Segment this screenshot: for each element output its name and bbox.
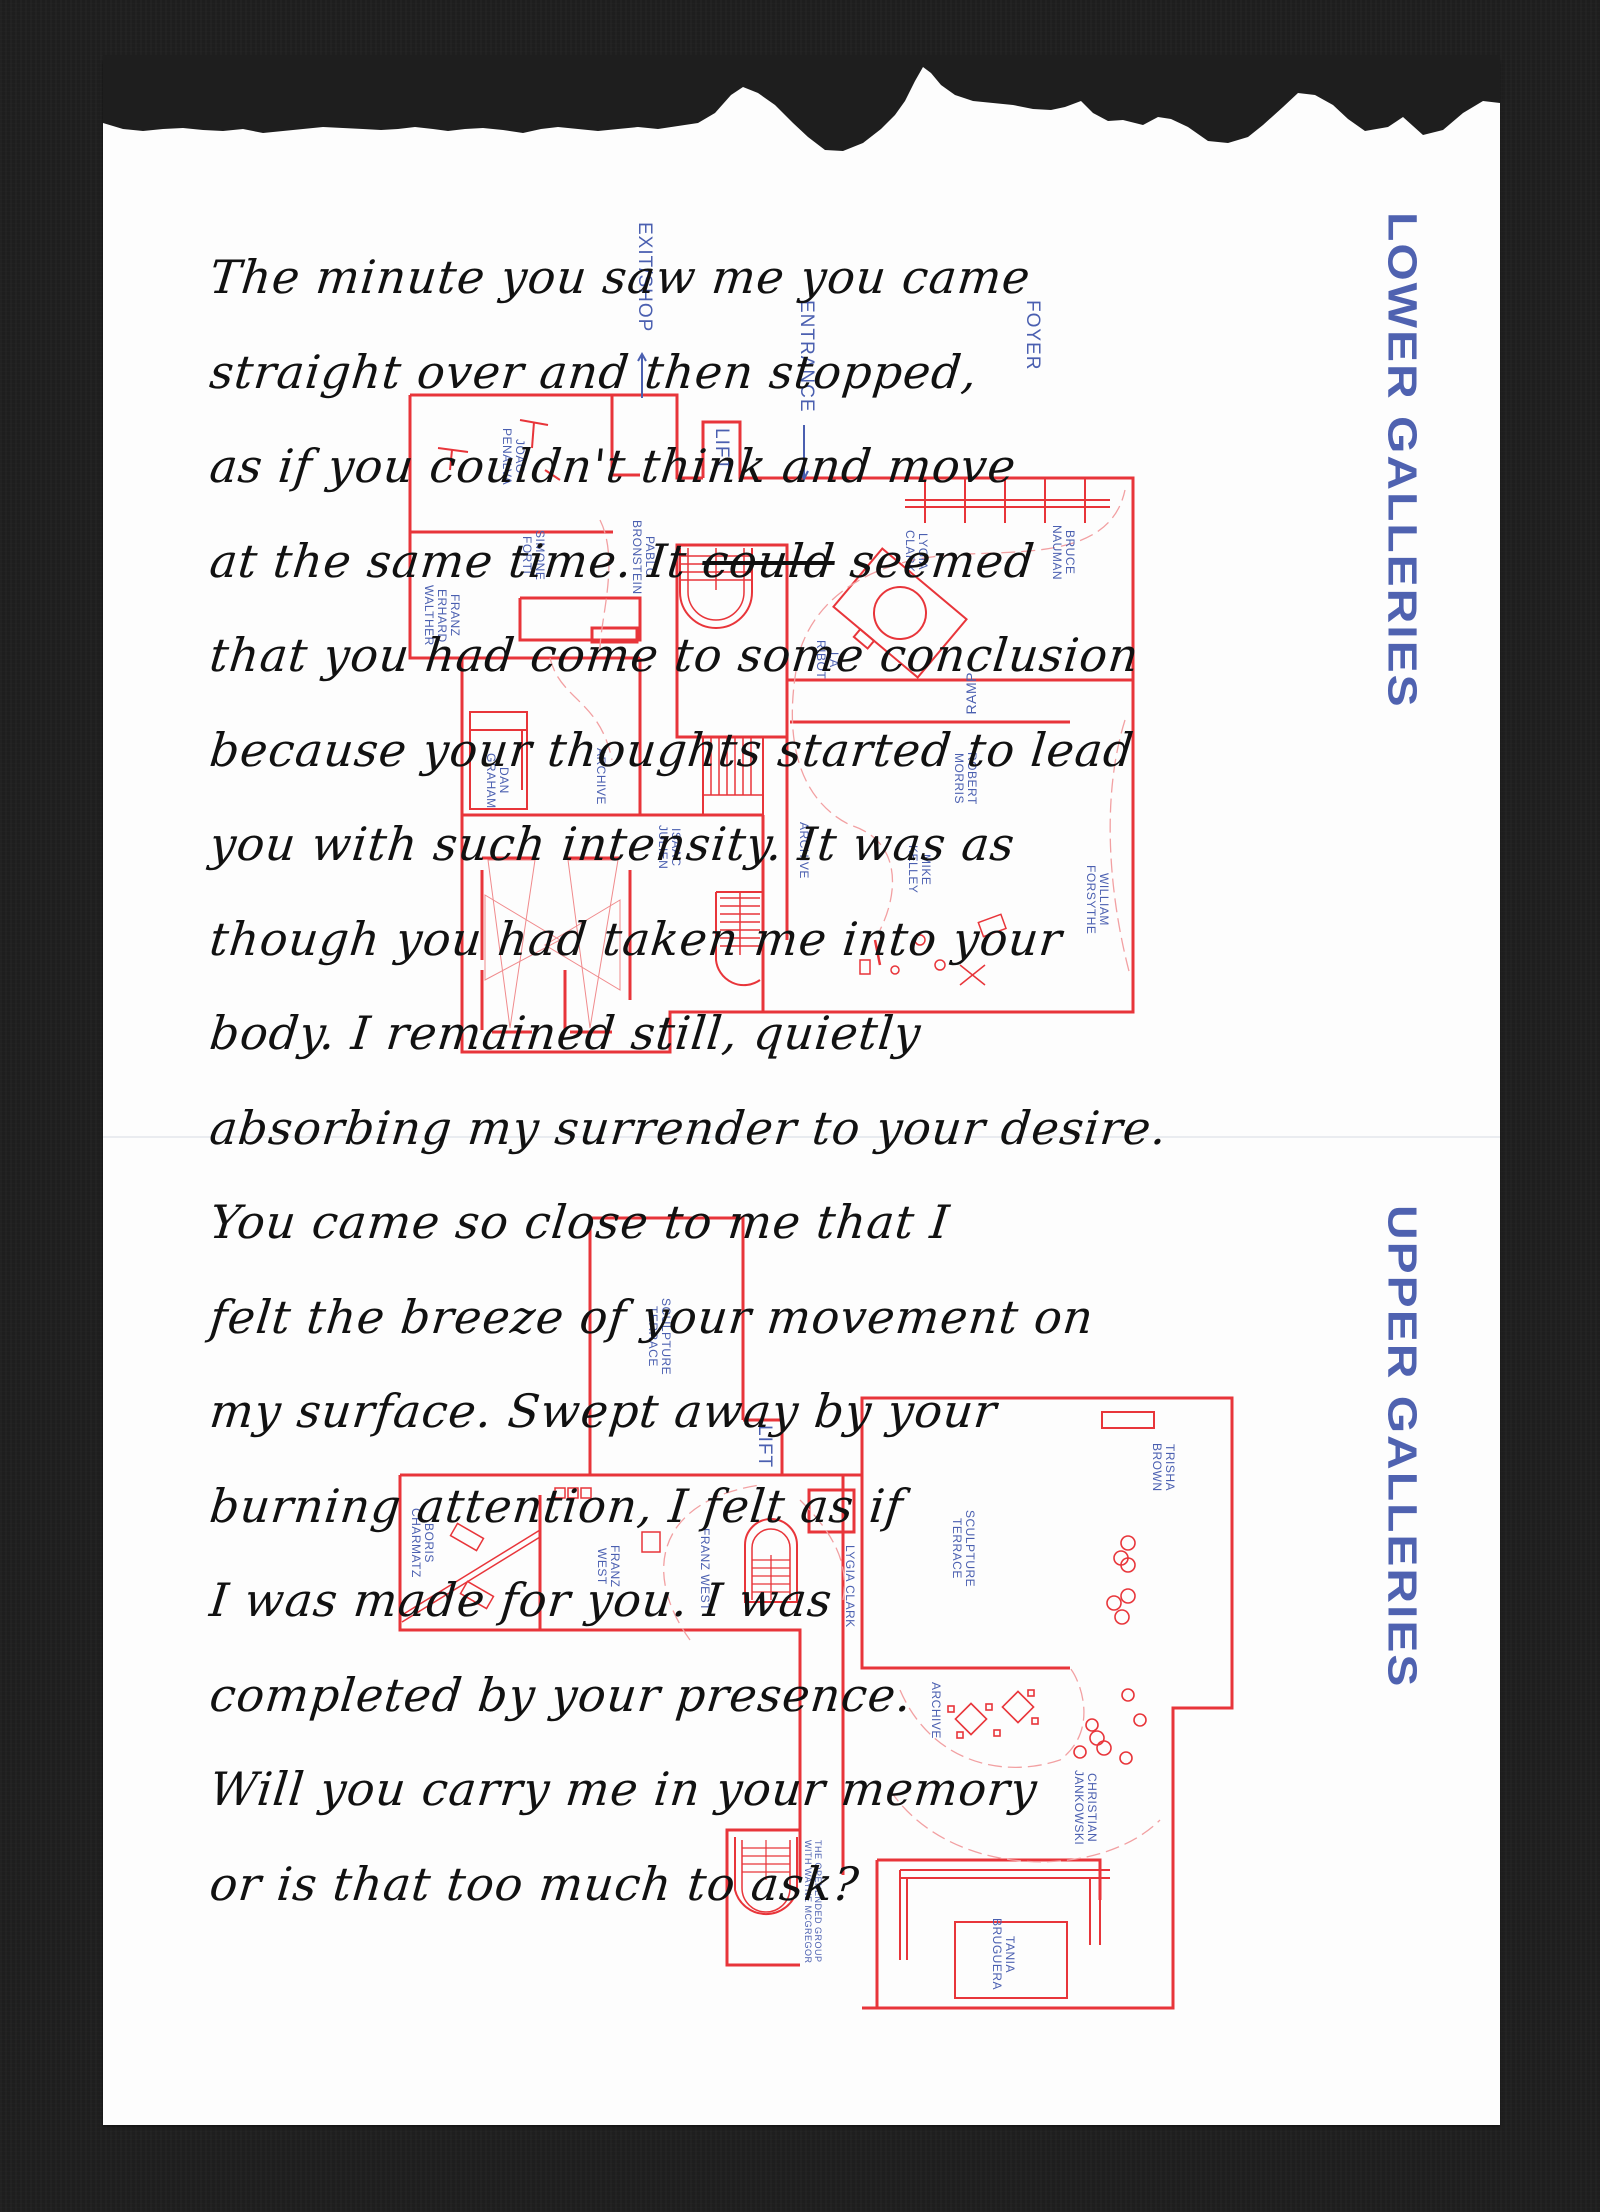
note-line: absorbing my surrender to your desire. — [205, 1081, 1305, 1176]
note-text: seemed — [832, 534, 1038, 588]
note-line: Will you carry me in your memory — [205, 1742, 1305, 1837]
note-line: The minute you saw me you came — [205, 230, 1305, 325]
handwritten-note: The minute you saw me you came straight … — [210, 230, 1300, 1931]
note-line: felt the breeze of your movement on — [205, 1270, 1305, 1365]
lower-galleries-heading: LOWER GALLERIES — [1378, 212, 1425, 732]
note-line: straight over and then stopped, — [205, 325, 1305, 420]
note-line: burning attention, I felt as if — [205, 1459, 1305, 1554]
note-line: because your thoughts started to lead — [205, 703, 1305, 798]
note-line: body. I remained still, quietly — [205, 986, 1305, 1081]
note-text: at the same time. It — [207, 534, 705, 588]
note-line-with-strikeout: at the same time. It could seemed — [205, 514, 1305, 609]
note-line: completed by your presence. — [205, 1648, 1305, 1743]
upper-galleries-heading: UPPER GALLERIES — [1378, 1205, 1425, 1725]
struck-out-word: could — [700, 534, 838, 588]
note-line: though you had taken me into your — [205, 892, 1305, 987]
note-line: as if you couldn't think and move — [205, 419, 1305, 514]
note-line: that you had come to some conclusion — [205, 608, 1305, 703]
note-line: I was made for you. I was — [205, 1553, 1305, 1648]
note-line: or is that too much to ask? — [205, 1837, 1305, 1932]
note-line: You came so close to me that I — [205, 1175, 1305, 1270]
note-line: my surface. Swept away by your — [205, 1364, 1305, 1459]
note-line: you with such intensity. It was as — [205, 797, 1305, 892]
